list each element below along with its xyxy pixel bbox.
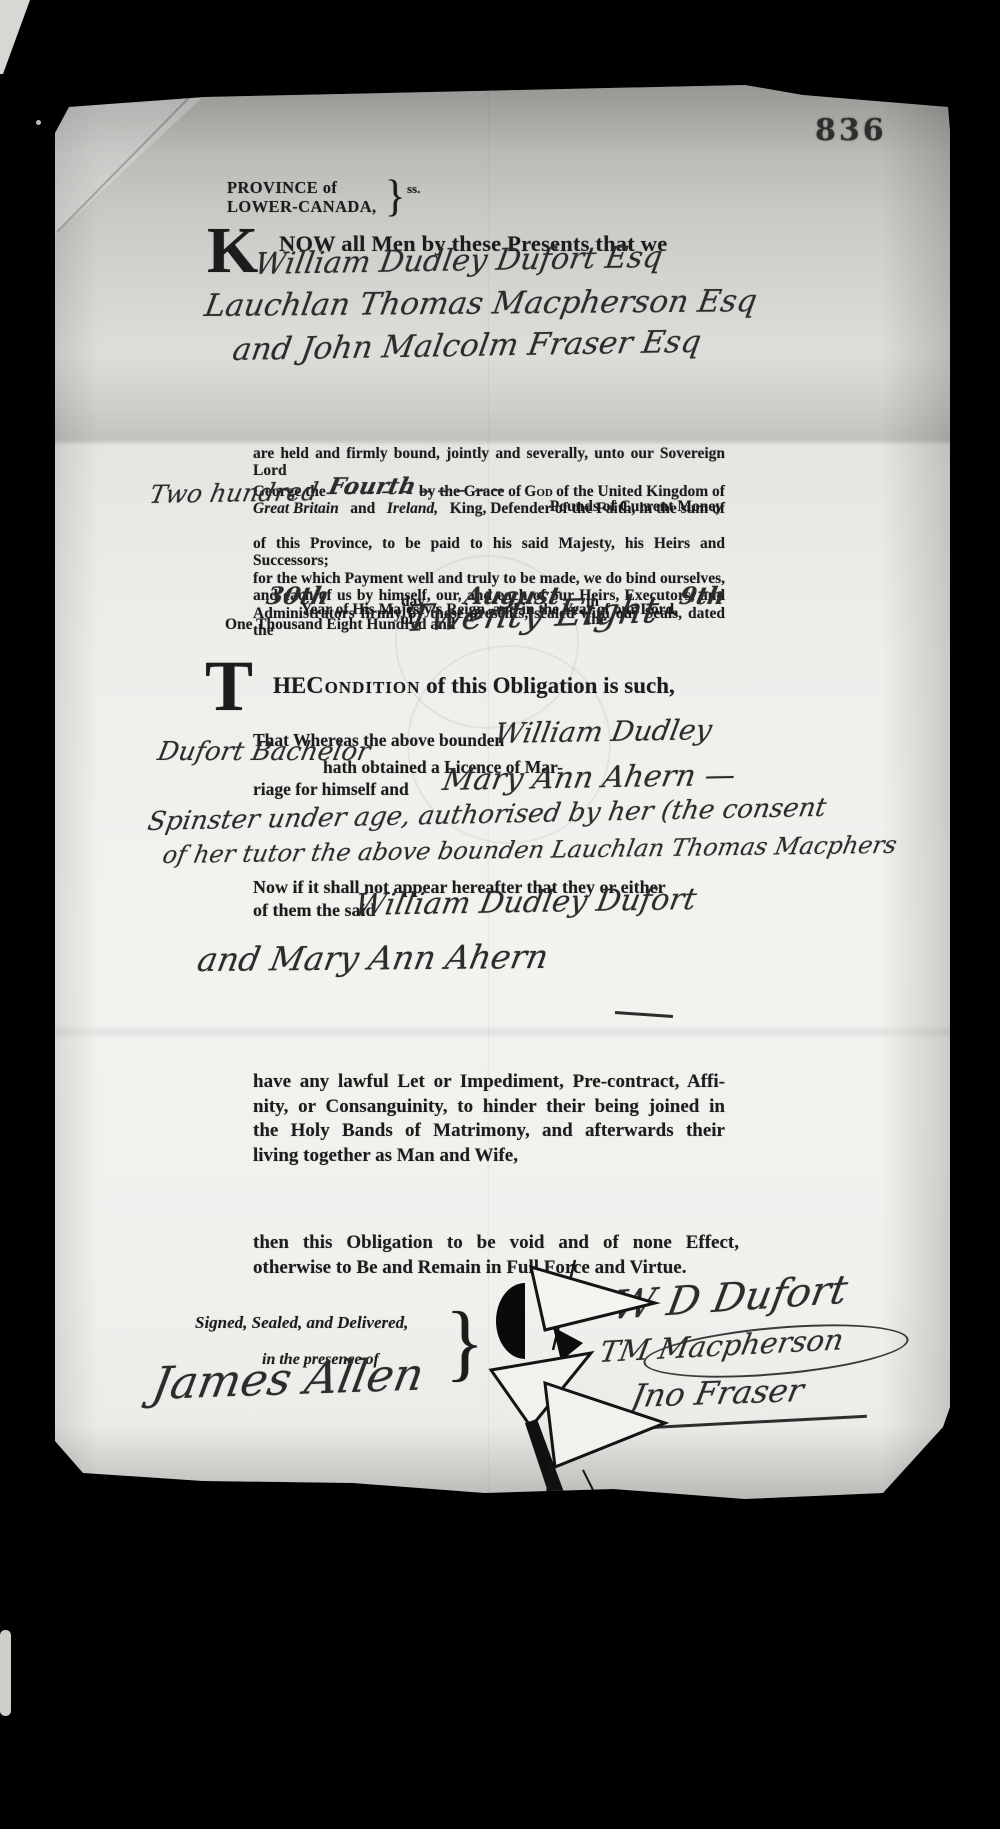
province-brace: } [385,172,405,222]
penal-sum-words: Two hundred [147,477,321,509]
groom-name-handwritten-a: William Dudley [492,713,715,750]
consent-clause-handwritten-1: Spinster under age, authorised by her (t… [145,793,828,837]
penal-sum-dash-fill: –––––––––– [323,474,514,506]
impediment-line-1: have any lawful Let or Impediment, Pre-c… [253,1070,725,1095]
attestation-line-1: Signed, Sealed, and Delivered, [195,1313,408,1333]
scanned-document-canvas: 836 PROVINCE of LOWER-CANADA, } ss. K NO… [0,0,1000,1829]
bond-line-5: of this Province, to be paid to his said… [253,535,725,570]
horizontal-fold-crease-lower [55,1025,950,1039]
scan-speck [36,120,41,125]
seal-blot [496,1283,525,1359]
impediment-paragraph: have any lawful Let or Impediment, Pre-c… [253,1070,725,1168]
bride-name-handwritten: Mary Ann Ahern — [440,758,738,798]
province-ss-abbrev: ss. [407,181,420,197]
province-line1: PROVINCE of [227,178,377,197]
principal-name-1: William Dudley Dufort Esq [252,240,665,282]
condition-heading: HECondition of this Obligation is such, [273,673,675,700]
impediment-line-2: nity, or Consanguinity, to hinder their … [253,1095,725,1120]
year-words-handwritten: Twenty Eight [403,588,662,640]
witness-signature: James Allen [148,1348,428,1410]
marriage-bond-sheet: 836 PROVINCE of LOWER-CANADA, } ss. K NO… [55,85,950,1505]
condition-word-smallcaps: Condition [306,673,420,699]
dropcap-t: T [205,653,253,719]
horizontal-fold-crease-upper [55,353,950,445]
handwritten-flourish-dash [615,1011,673,1018]
province-heading: PROVINCE of LOWER-CANADA, [227,178,377,216]
principal-name-2: Lauchlan Thomas Macpherson Esq [202,283,760,324]
groom-fullname-handwritten: William Dudley Dufort [352,882,699,923]
principal-name-3: and John Malcolm Fraser Esq [230,324,704,368]
impediment-line-3: the Holy Bands of Matrimony, and afterwa… [253,1119,725,1144]
whereas-line-3: riage for himself and [253,779,409,800]
pounds-of-current-money: Pounds of Current Money [495,498,723,516]
consent-clause-handwritten-2: of her tutor the above bounden Lauchlan … [160,831,899,869]
condition-rest: of this Obligation is such, [426,673,675,698]
scan-edge-artifact-top-left [0,0,30,74]
bride-name-repeat-handwritten: and Mary Ann Ahern [194,937,551,979]
page-number-stamp: 836 [815,113,887,148]
condition-he: HE [273,673,306,698]
folded-corner-crease-line [56,94,192,232]
folded-corner-highlight [55,95,205,235]
seal-tear-mark [433,1165,689,1545]
regnal-year-handwritten: 9th [677,581,728,610]
bond-line-4-spacer [253,518,725,535]
scan-edge-artifact-left [0,1630,11,1716]
dropcap-k: K [207,221,258,281]
